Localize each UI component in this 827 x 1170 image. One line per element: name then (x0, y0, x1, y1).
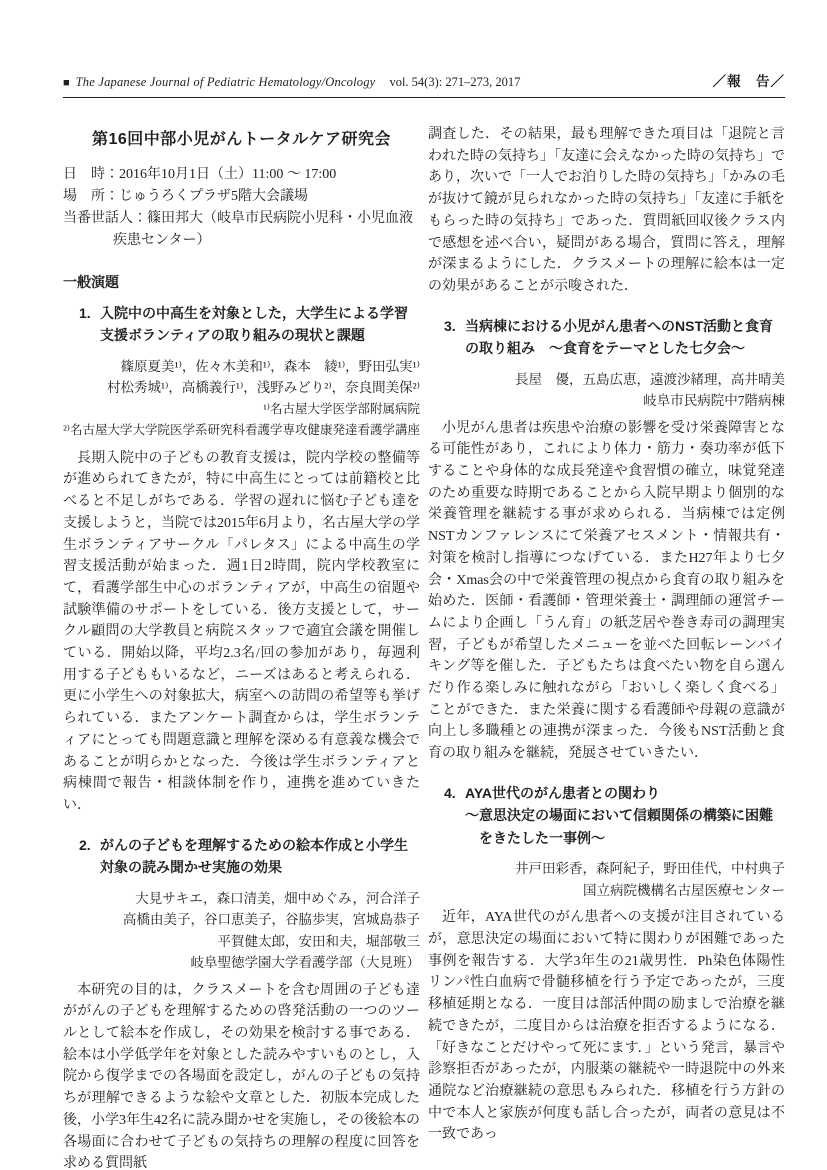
authors-line: 長屋 優，五島広恵，遠渡沙緒理，高井晴美 (428, 369, 785, 391)
journal-header-left: ■ The Japanese Journal of Pediatric Hema… (63, 75, 520, 90)
abstract-1-authors: 篠原夏美¹⁾，佐々木美和¹⁾，森本 綾¹⁾，野田弘実¹⁾ 村松秀城¹⁾，高橋義行… (63, 356, 420, 442)
abstract-3-number: 3. (444, 315, 456, 338)
page-content: ■ The Japanese Journal of Pediatric Hema… (63, 0, 785, 1170)
abstract-3-title: 当病棟における小児がん患者へのNST活動と食育の取り組み ～食育をテーマとした七… (465, 318, 773, 357)
abstract-2: 2. がんの子どもを理解するための絵本作成と小学生対象の読み聞かせ実施の効果 大… (63, 834, 420, 1170)
affiliation-line: 国立病院機構名古屋医療センター (428, 880, 785, 902)
authors-line: 井戸田彩香，森阿紀子，野田佳代，中村典子 (428, 858, 785, 880)
abstract-2-title: がんの子どもを理解するための絵本作成と小学生対象の読み聞かせ実施の効果 (100, 837, 408, 876)
journal-page: ■ The Japanese Journal of Pediatric Hema… (0, 0, 827, 1170)
authors-line: 高橋由美子，谷口恵美子，谷脇歩実，宮城島恭子 (63, 909, 420, 931)
abstract-4-title: AYA世代のがん患者との関わり (465, 785, 660, 801)
abstract-4: 4. AYA世代のがん患者との関わり ～意思決定の場面において信頼関係の構築に困… (428, 782, 785, 1146)
abstract-1-body: 長期入院中の子どもの教育支援は，院内学校の整備等が進められてきたが，特に中高生に… (63, 448, 420, 817)
meeting-meta: 日 時：2016年10月1日（土）11:00 ～ 17:00 場 所：じゅうろく… (63, 164, 420, 252)
right-column: 調査した．その結果，最も理解できた項目は「退院と言われた時の気持ち」「友達に会え… (428, 122, 785, 1170)
authors-line: 大見サキエ，森口清美，畑中めぐみ，河合洋子 (63, 888, 420, 910)
affiliation-line: ¹⁾名古屋大学医学部附属病院 (63, 399, 420, 421)
volume-info: vol. 54(3): 271–273, 2017 (389, 75, 520, 90)
meeting-place: 場 所：じゅうろくプラザ5階大会議場 (63, 186, 420, 208)
abstract-2-body-part2: 調査した．その結果，最も理解できた項目は「退院と言われた時の気持ち」「友達に会え… (428, 124, 785, 298)
affiliation-line: 岐阜聖徳学園大学看護学部（大見班） (63, 952, 420, 974)
abstract-4-number: 4. (444, 782, 456, 805)
journal-title: The Japanese Journal of Pediatric Hemato… (76, 75, 376, 90)
authors-line: 篠原夏美¹⁾，佐々木美和¹⁾，森本 綾¹⁾，野田弘実¹⁾ (63, 356, 420, 378)
abstract-4-subtitle: ～意思決定の場面において信頼関係の構築に困難をきたした一事例～ (465, 804, 785, 849)
abstract-1-number: 1. (79, 302, 91, 325)
header-divider (63, 97, 785, 98)
abstract-1-heading: 1. 入院中の中高生を対象とした，大学生による学習支援ボランティアの取り組みの現… (63, 302, 420, 347)
abstract-3-authors: 長屋 優，五島広恵，遠渡沙緒理，高井晴美 岐阜市民病院中7階病棟 (428, 369, 785, 412)
abstract-4-authors: 井戸田彩香，森阿紀子，野田佳代，中村典子 国立病院機構名古屋医療センター (428, 858, 785, 901)
authors-line: 村松秀城¹⁾，高橋義行¹⁾，浅野みどり²⁾，奈良間美保²⁾ (63, 377, 420, 399)
affiliation-line: 岐阜市民病院中7階病棟 (428, 390, 785, 412)
session-heading: 一般演題 (63, 272, 420, 294)
abstract-2-authors: 大見サキエ，森口清美，畑中めぐみ，河合洋子 高橋由美子，谷口恵美子，谷脇歩実，宮… (63, 888, 420, 974)
authors-line: 平賀健太郎，安田和夫，堀部敬三 (63, 931, 420, 953)
meeting-title: 第16回中部小児がんトータルケア研究会 (63, 128, 420, 152)
meeting-organizer: 当番世話人：篠田邦大（岐阜市民病院小児科・小児血液疾患センター） (63, 208, 420, 252)
abstract-1: 1. 入院中の中高生を対象とした，大学生による学習支援ボランティアの取り組みの現… (63, 302, 420, 817)
abstract-4-heading: 4. AYA世代のがん患者との関わり ～意思決定の場面において信頼関係の構築に困… (428, 782, 785, 850)
report-badge: ／報 告／ (713, 70, 786, 90)
abstract-2-heading: 2. がんの子どもを理解するための絵本作成と小学生対象の読み聞かせ実施の効果 (63, 834, 420, 879)
affiliation-line: ²⁾名古屋大学大学院医学系研究科看護学専攻健康発達看護学講座 (63, 420, 420, 442)
abstract-1-title: 入院中の中高生を対象とした，大学生による学習支援ボランティアの取り組みの現状と課… (100, 305, 408, 344)
two-column-body: 第16回中部小児がんトータルケア研究会 日 時：2016年10月1日（土）11:… (63, 122, 785, 1170)
abstract-3: 3. 当病棟における小児がん患者へのNST活動と食育の取り組み ～食育をテーマと… (428, 315, 785, 765)
abstract-2-number: 2. (79, 834, 91, 857)
left-column: 第16回中部小児がんトータルケア研究会 日 時：2016年10月1日（土）11:… (63, 122, 420, 1170)
page-header: ■ The Japanese Journal of Pediatric Hema… (63, 0, 785, 90)
square-bullet-icon: ■ (63, 77, 70, 89)
abstract-4-body: 近年，AYA世代のがん患者への支援が注目されているが，意思決定の場面において特に… (428, 907, 785, 1146)
abstract-3-heading: 3. 当病棟における小児がん患者へのNST活動と食育の取り組み ～食育をテーマと… (428, 315, 785, 360)
abstract-3-body: 小児がん患者は疾患や治療の影響を受け栄養障害となる可能性があり，これにより体力・… (428, 418, 785, 765)
abstract-2-body-part1: 本研究の目的は，クラスメートを含む周囲の子ども達ががんの子どもを理解するための啓… (63, 980, 420, 1170)
meeting-datetime: 日 時：2016年10月1日（土）11:00 ～ 17:00 (63, 164, 420, 186)
